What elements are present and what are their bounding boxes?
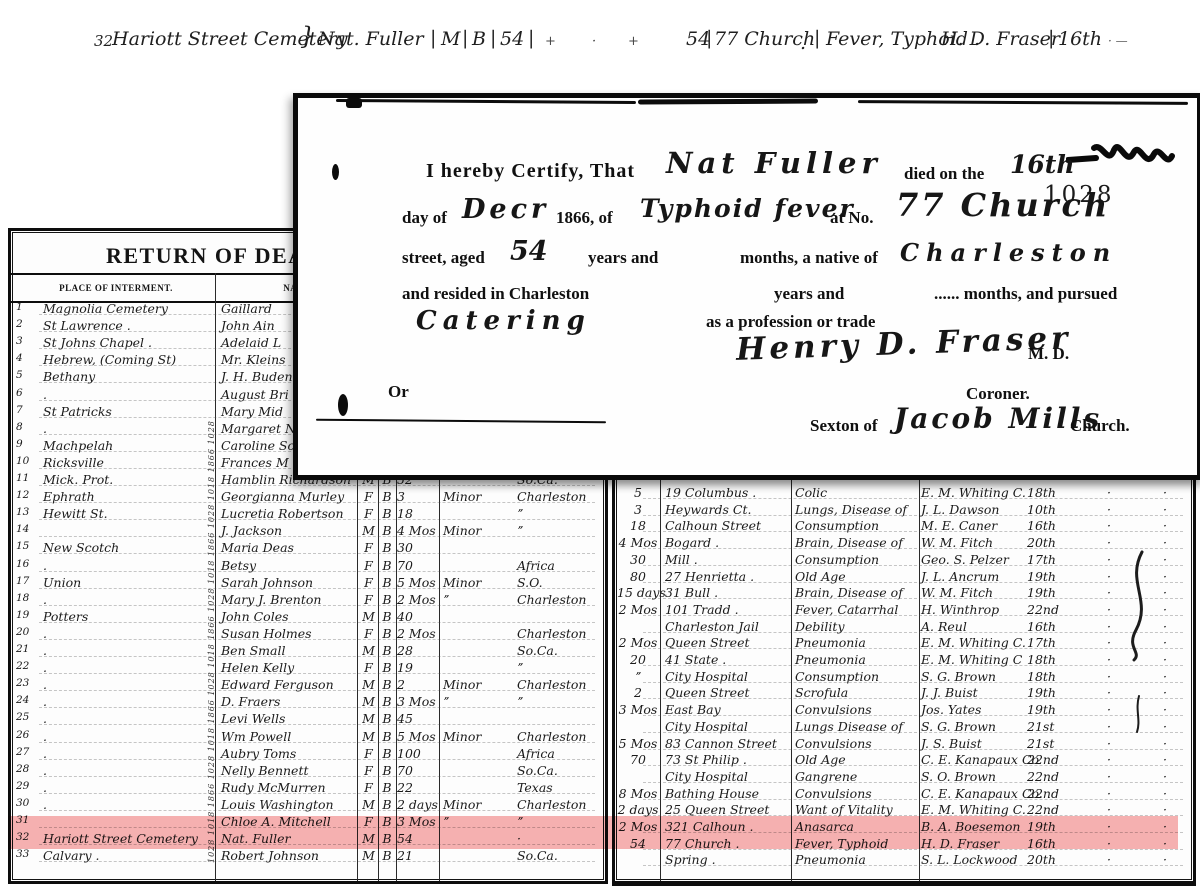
cell-row-number: 24 [16, 694, 40, 706]
cell-name: Betsy [221, 558, 359, 573]
cell-sex: F [359, 746, 378, 761]
cell-ditto-mark: · [1163, 502, 1167, 517]
table-row: 8027 Henrietta .Old AgeJ. L. Ancrum19th·… [615, 569, 1193, 586]
pen-mark: · [592, 34, 596, 49]
cell-cause-of-death: Brain, Disease of [795, 535, 917, 550]
table-row: 5 Mos83 Cannon StreetConvulsionsJ. S. Bu… [615, 736, 1193, 753]
cell-name: Robert Johnson [221, 848, 359, 863]
cell-physician: S. O. Brown [921, 769, 1025, 784]
cell-name: Ben Small [221, 643, 359, 658]
cell-nativity: So.Ca. [517, 848, 597, 863]
church-printed-text: Church. [1070, 416, 1130, 436]
cell-sex: F [359, 489, 378, 504]
cell-name: John Coles [221, 609, 359, 624]
cell-color: B [379, 540, 395, 555]
cell-sex: F [359, 540, 378, 555]
excerpt-date: 16th [1058, 28, 1102, 50]
cell-row-number: 10 [16, 455, 40, 467]
cell-cause-of-death: Colic [795, 485, 917, 500]
cell-occupation: Minor [443, 523, 513, 538]
cell-physician: C. E. Kanapaux Co. [921, 786, 1025, 801]
cell-ditto-mark: · [1107, 652, 1111, 667]
cell-cause-of-death: Old Age [795, 569, 917, 584]
excerpt-name: Nat. Fuller [318, 28, 424, 50]
cell-nativity: Charleston [517, 729, 597, 744]
table-row: 2Queen StreetScrofulaJ. J. Buist19th·· [615, 685, 1193, 702]
table-row: 12EphrathGeorgianna MurleyFB3MinorCharle… [11, 489, 605, 506]
cell-color: B [379, 506, 395, 521]
table-row: 30 .Louis WashingtonMB2 daysMinorCharles… [11, 797, 605, 814]
cell-row-number: 22 [16, 660, 40, 672]
cell-occupation: Minor [443, 797, 513, 812]
cell-nativity: S.O. [517, 575, 597, 590]
cell-age: 40 [397, 609, 439, 624]
cell-row-number: 7 [16, 404, 40, 416]
cell-physician: S. G. Brown [921, 719, 1025, 734]
cell-cause-of-death: Scrofula [795, 685, 917, 700]
year-printed-text: 1866, of [556, 208, 613, 228]
cell-place-of-interment: Mick. Prot. [43, 472, 211, 487]
cell-age: 70 [617, 752, 659, 767]
cell-sex: M [359, 523, 378, 538]
cell-row-number: 17 [16, 575, 40, 587]
cell-physician: Geo. S. Pelzer [921, 552, 1025, 567]
native-place: Charleston [900, 238, 1117, 267]
cell-place-of-interment: St Lawrence . [43, 318, 211, 333]
cell-name: Rudy McMurren [221, 780, 359, 795]
cell-ditto-mark: · [1163, 518, 1167, 533]
pen-mark: + [628, 34, 639, 49]
cell-place-of-interment: . [43, 387, 211, 402]
cell-age: 2 Mos [397, 592, 439, 607]
cell-age: 30 [617, 552, 659, 567]
cell-name: Helen Kelly [221, 660, 359, 675]
cell-sex: M [359, 694, 378, 709]
cell-age: 3 Mos [397, 694, 439, 709]
cell-ditto-mark: · [1107, 769, 1111, 784]
cell-occupation: ˮ [443, 592, 513, 607]
cell-cause-of-death: Pneumonia [795, 852, 917, 867]
cell-age: 3 Mos [617, 702, 659, 717]
cell-sex: F [359, 626, 378, 641]
resided-printed-text: and resided in Charleston [402, 284, 589, 304]
cell-occupation: Minor [443, 575, 513, 590]
cell-age: 2 [617, 685, 659, 700]
cell-residence: 73 St Philip . [665, 752, 790, 767]
cell-sex: M [359, 848, 378, 863]
table-row: 26 .Wm PowellMB5 MosMinorCharleston [11, 729, 605, 746]
native-of-printed-text: months, a native of [740, 248, 878, 268]
cell-age: 21 [397, 848, 439, 863]
table-row: 27 .Aubry TomsFB100Africa [11, 746, 605, 763]
cell-row-number: 27 [16, 746, 40, 758]
cell-age: 3 [397, 489, 439, 504]
cell-physician: J. S. Buist [921, 736, 1025, 751]
decedent-name: Nat Fuller [666, 146, 882, 180]
table-row: ˮCity HospitalConsumptionS. G. Brown18th… [615, 669, 1193, 686]
cell-age: 18 [617, 518, 659, 533]
row-highlight [8, 816, 1178, 849]
cell-sex: F [359, 506, 378, 521]
cell-residence: Charleston Jail [665, 619, 790, 634]
table-row: 28 .Nelly BennettFB70So.Ca. [11, 763, 605, 780]
sexton-of-printed-text: Sexton of [810, 416, 878, 436]
cell-ditto-mark: · [1107, 535, 1111, 550]
cell-ditto-mark: · [1107, 752, 1111, 767]
cell-ditto-mark: · [1107, 585, 1111, 600]
ink-scribble [1066, 140, 1176, 176]
cell-row-number: 6 [16, 387, 40, 399]
cell-row-number: 19 [16, 609, 40, 621]
table-row: 25 .Levi WellsMB45 [11, 711, 605, 728]
day-of-printed-text: day of [402, 208, 447, 228]
cell-burial-date: 17th [1027, 635, 1079, 650]
cell-ditto-mark: · [1163, 769, 1167, 784]
cell-ditto-mark: · [1107, 569, 1111, 584]
cell-color: B [379, 848, 395, 863]
cell-physician: S. G. Brown [921, 669, 1025, 684]
cell-sex: M [359, 729, 378, 744]
cell-burial-date: 20th [1027, 852, 1079, 867]
cell-burial-date: 21st [1027, 736, 1079, 751]
cell-age: 8 Mos [617, 786, 659, 801]
cell-place-of-interment: . [43, 780, 211, 795]
table-row: 2041 State .PneumoniaE. M. Whiting C18th… [615, 652, 1193, 669]
cell-cause-of-death: Convulsions [795, 786, 917, 801]
cell-row-number: 14 [16, 523, 40, 535]
cell-sex: M [359, 711, 378, 726]
cell-cause-of-death: Debility [795, 619, 917, 634]
cell-ditto-mark: · [1163, 786, 1167, 801]
cell-burial-date: 22nd [1027, 769, 1079, 784]
cell-burial-date: 21st [1027, 719, 1079, 734]
cell-name: Mary J. Brenton [221, 592, 359, 607]
cell-color: B [379, 711, 395, 726]
cell-age: 45 [397, 711, 439, 726]
cell-physician: M. E. Caner [921, 518, 1025, 533]
cell-residence: City Hospital [665, 669, 790, 684]
table-row: 19PottersJohn ColesMB40 [11, 609, 605, 626]
cell-ditto-mark: · [1107, 736, 1111, 751]
cell-burial-date: 19th [1027, 702, 1079, 717]
cell-row-number: 5 [16, 369, 40, 381]
cell-cause-of-death: Gangrene [795, 769, 917, 784]
separator-bar: | [1048, 27, 1054, 49]
table-row: 20 .Susan HolmesFB2 MosCharleston [11, 626, 605, 643]
cell-age: 70 [397, 558, 439, 573]
cell-physician: H. Winthrop [921, 602, 1025, 617]
cell-cause-of-death: Consumption [795, 518, 917, 533]
cell-name: Levi Wells [221, 711, 359, 726]
cell-place-of-interment: Calvary . [43, 848, 211, 863]
cell-cause-of-death: Brain, Disease of [795, 585, 917, 600]
table-row: 18Calhoun StreetConsumptionM. E. Caner16… [615, 518, 1193, 535]
cell-place-of-interment: . [43, 643, 211, 658]
cell-physician: S. L. Lockwood [921, 852, 1025, 867]
cell-place-of-interment: . [43, 694, 211, 709]
cell-burial-date: 18th [1027, 652, 1079, 667]
table-row: 29 .Rudy McMurrenFB22Texas [11, 780, 605, 797]
at-no-printed-text: at No. [830, 208, 873, 228]
table-row: 8 MosBathing HouseConvulsionsC. E. Kanap… [615, 786, 1193, 803]
table-row: 22 .Helen KellyFB19ˮ [11, 660, 605, 677]
cell-residence: 31 Bull . [665, 585, 790, 600]
cell-sex: F [359, 575, 378, 590]
cell-residence: Queen Street [665, 685, 790, 700]
table-row: 4 MosBogard .Brain, Disease ofW. M. Fitc… [615, 535, 1193, 552]
years-and-printed-text: years and [588, 248, 658, 268]
cell-cause-of-death: Pneumonia [795, 635, 917, 650]
cell-place-of-interment: . [43, 660, 211, 675]
cell-row-number: 25 [16, 711, 40, 723]
cell-row-number: 16 [16, 558, 40, 570]
cell-name: J. Jackson [221, 523, 359, 538]
cell-sex: M [359, 609, 378, 624]
cause-of-death: Typhoid fever [640, 194, 855, 223]
cell-nativity: Charleston [517, 592, 597, 607]
excerpt-strip: 32 Hariott Street Cemetery } Nat. Fuller… [0, 14, 1200, 70]
cell-physician: C. E. Kanapaux Co [921, 752, 1025, 767]
cell-physician: J. J. Buist [921, 685, 1025, 700]
cell-residence: 41 State . [665, 652, 790, 667]
cell-burial-date: 18th [1027, 485, 1079, 500]
cell-cause-of-death: Fever, Catarrhal [795, 602, 917, 617]
cell-cause-of-death: Old Age [795, 752, 917, 767]
separator-bar: | [528, 27, 534, 49]
excerpt-brace: } [300, 22, 315, 50]
table-row: 24 .D. FraersMB3 Mosˮˮ [11, 694, 605, 711]
cell-sex: M [359, 643, 378, 658]
cell-place-of-interment: Machpelah [43, 438, 211, 453]
cell-burial-date: 22nd [1027, 786, 1079, 801]
table-row: 30Mill .ConsumptionGeo. S. Pelzer17th·· [615, 552, 1193, 569]
cell-burial-date: 19th [1027, 585, 1079, 600]
cell-physician: J. L. Dawson [921, 502, 1025, 517]
ink-blot [332, 164, 339, 180]
table-row: 7073 St Philip .Old AgeC. E. Kanapaux Co… [615, 752, 1193, 769]
scan-smudge [346, 98, 362, 108]
cell-age: 30 [397, 540, 439, 555]
cell-nativity: Charleston [517, 677, 597, 692]
cell-name: Aubry Toms [221, 746, 359, 761]
table-row: 14J. JacksonMB4 MosMinorˮ [11, 523, 605, 540]
cell-color: B [379, 694, 395, 709]
table-row: 15 days31 Bull .Brain, Disease ofW. M. F… [615, 585, 1193, 602]
cell-burial-date: 20th [1027, 535, 1079, 550]
cell-color: B [379, 558, 395, 573]
cell-row-number: 11 [16, 472, 40, 484]
cell-place-of-interment: . [43, 711, 211, 726]
cell-age: ˮ [617, 669, 659, 684]
cell-occupation: Minor [443, 489, 513, 504]
cell-color: B [379, 729, 395, 744]
cell-sex: M [359, 677, 378, 692]
table-row: 15New ScotchMaria DeasFB30 [11, 540, 605, 557]
death-address: 77 Church [896, 186, 1110, 224]
cell-row-number: 29 [16, 780, 40, 792]
cell-residence: Queen Street [665, 635, 790, 650]
cell-color: B [379, 626, 395, 641]
document-page: 32 Hariott Street Cemetery } Nat. Fuller… [0, 0, 1200, 896]
cell-row-number: 15 [16, 540, 40, 552]
cell-sex: F [359, 558, 378, 573]
cell-place-of-interment: St Patricks [43, 404, 211, 419]
cell-nativity: ˮ [517, 506, 597, 521]
cell-sex: F [359, 660, 378, 675]
cell-age: 19 [397, 660, 439, 675]
cell-place-of-interment: . [43, 558, 211, 573]
cell-place-of-interment: Bethany [43, 369, 211, 384]
cell-row-number: 1 [16, 301, 40, 313]
cell-color: B [379, 523, 395, 538]
cell-cause-of-death: Consumption [795, 669, 917, 684]
cell-age: 28 [397, 643, 439, 658]
cell-row-number: 13 [16, 506, 40, 518]
cell-residence: Mill . [665, 552, 790, 567]
cell-physician: E. M. Whiting C. [921, 635, 1025, 650]
table-row: 16 .BetsyFB70Africa [11, 558, 605, 575]
cell-nativity: ˮ [517, 694, 597, 709]
cell-place-of-interment: . [43, 797, 211, 812]
separator-bar: | [706, 27, 712, 49]
cell-row-number: 26 [16, 729, 40, 741]
cell-age: 100 [397, 746, 439, 761]
cell-burial-date: 22nd [1027, 752, 1079, 767]
cell-color: B [379, 592, 395, 607]
cell-row-number: 21 [16, 643, 40, 655]
cell-burial-date: 17th [1027, 552, 1079, 567]
cell-row-number: 2 [16, 318, 40, 330]
cell-cause-of-death: Pneumonia [795, 652, 917, 667]
cell-residence: City Hospital [665, 769, 790, 784]
scan-smudge [858, 100, 1188, 105]
excerpt-row-number: 32 [94, 32, 113, 50]
cell-ditto-mark: · [1107, 635, 1111, 650]
cell-physician: Jos. Yates [921, 702, 1025, 717]
street-aged-printed-text: street, aged [402, 248, 485, 268]
cell-row-number: 20 [16, 626, 40, 638]
death-day: 16th [1010, 150, 1075, 179]
cell-ditto-mark: · [1107, 485, 1111, 500]
cell-burial-date: 22nd [1027, 602, 1079, 617]
cell-nativity: Texas [517, 780, 597, 795]
cell-cause-of-death: Lungs Disease of [795, 719, 917, 734]
cell-sex: F [359, 763, 378, 778]
cell-row-number: 33 [16, 848, 40, 860]
cell-residence: 101 Tradd . [665, 602, 790, 617]
cell-age: 70 [397, 763, 439, 778]
cell-sex: F [359, 592, 378, 607]
table-row: 3 MosEast BayConvulsionsJos. Yates19th·· [615, 702, 1193, 719]
cell-age: 4 Mos [617, 535, 659, 550]
separator-bar: | [430, 27, 436, 49]
cell-name: Sarah Johnson [221, 575, 359, 590]
cell-occupation: ˮ [443, 694, 513, 709]
table-row: 3Heywards Ct.Lungs, Disease ofJ. L. Daws… [615, 502, 1193, 519]
cell-residence: 19 Columbus . [665, 485, 790, 500]
cell-ditto-mark: · [1107, 602, 1111, 617]
cell-name: Maria Deas [221, 540, 359, 555]
cell-age: 3 [617, 502, 659, 517]
cell-color: B [379, 763, 395, 778]
cell-residence: 27 Henrietta . [665, 569, 790, 584]
pen-mark: · — [1108, 34, 1128, 48]
cell-age: 5 Mos [397, 575, 439, 590]
cell-name: Lucretia Robertson [221, 506, 359, 521]
cell-row-number: 12 [16, 489, 40, 501]
cell-place-of-interment: . [43, 592, 211, 607]
table-row: City HospitalGangreneS. O. Brown22nd·· [615, 769, 1193, 786]
cell-place-of-interment: . [43, 729, 211, 744]
cell-name: Wm Powell [221, 729, 359, 744]
table-row: City HospitalLungs Disease ofS. G. Brown… [615, 719, 1193, 736]
cell-physician: J. L. Ancrum [921, 569, 1025, 584]
coroner-label: Coroner. [966, 384, 1030, 404]
excerpt-color: B [472, 28, 486, 50]
cell-age: 5 [617, 485, 659, 500]
cell-ditto-mark: · [1107, 786, 1111, 801]
cell-place-of-interment: Hewitt St. [43, 506, 211, 521]
died-on-printed-text: died on the [904, 164, 984, 184]
cell-place-of-interment: . [43, 746, 211, 761]
cell-sex: F [359, 780, 378, 795]
separator-bar: | [462, 27, 468, 49]
cell-nativity: Africa [517, 558, 597, 573]
cell-ditto-mark: · [1107, 552, 1111, 567]
cell-occupation: Minor [443, 729, 513, 744]
cell-residence: Bathing House [665, 786, 790, 801]
cell-burial-date: 19th [1027, 685, 1079, 700]
cell-place-of-interment: . [43, 763, 211, 778]
separator-bar: | [490, 27, 496, 49]
cell-cause-of-death: Convulsions [795, 736, 917, 751]
table-row: 18 .Mary J. BrentonFB2 MosˮCharleston [11, 592, 605, 609]
cell-color: B [379, 797, 395, 812]
cell-color: B [379, 489, 395, 504]
age-years: 54 [510, 236, 548, 267]
cell-cause-of-death: Lungs, Disease of [795, 502, 917, 517]
table-row: 17UnionSarah JohnsonFB5 MosMinorS.O. [11, 575, 605, 592]
pen-mark: + [545, 34, 556, 49]
cell-physician: A. Reul [921, 619, 1025, 634]
cell-age: 80 [617, 569, 659, 584]
cell-physician: W. M. Fitch [921, 535, 1025, 550]
cell-age: 4 Mos [397, 523, 439, 538]
excerpt-age: 54 [500, 28, 524, 50]
cell-nativity: So.Ca. [517, 643, 597, 658]
cell-physician: W. M. Fitch [921, 585, 1025, 600]
cell-residence: Heywards Ct. [665, 502, 790, 517]
separator-bar: | [814, 27, 820, 49]
certify-printed-text: I hereby Certify, That [426, 160, 635, 183]
cell-place-of-interment: . [43, 626, 211, 641]
cell-age: 2 [397, 677, 439, 692]
cell-place-of-interment: St Johns Chapel . [43, 335, 211, 350]
cell-place-of-interment: Hebrew, (Coming St) [43, 352, 211, 367]
table-row: 33Calvary .Robert JohnsonMB21So.Ca. [11, 848, 605, 865]
cell-nativity: Charleston [517, 797, 597, 812]
table-row: Spring .PneumoniaS. L. Lockwood20th·· [615, 852, 1193, 869]
cell-burial-date: 16th [1027, 619, 1079, 634]
scan-smudge [336, 99, 636, 104]
cell-name: Susan Holmes [221, 626, 359, 641]
table-row: 2 Mos101 Tradd .Fever, CatarrhalH. Winth… [615, 602, 1193, 619]
cell-nativity: So.Ca. [517, 763, 597, 778]
cell-ditto-mark: · [1163, 485, 1167, 500]
cell-name: D. Fraers [221, 694, 359, 709]
cell-name: Edward Ferguson [221, 677, 359, 692]
cell-color: B [379, 609, 395, 624]
